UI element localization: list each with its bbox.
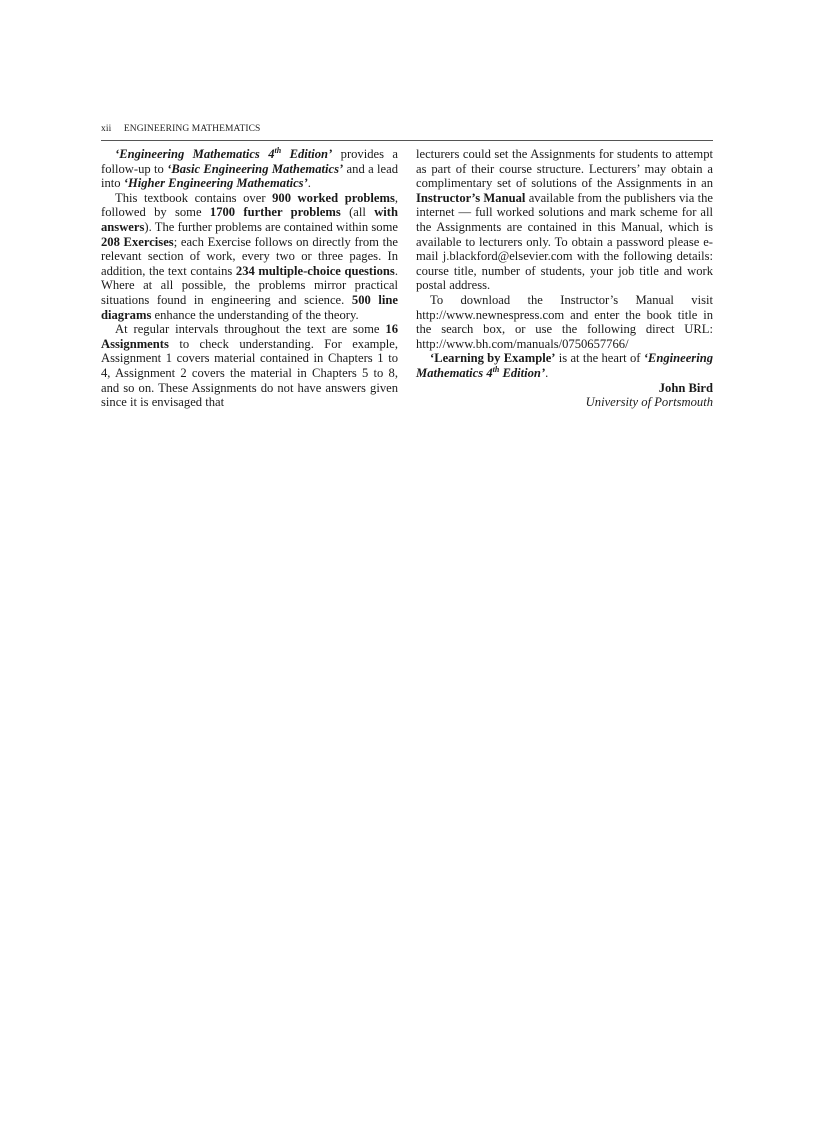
author-signature: John Bird [416, 381, 713, 396]
manual-paragraph: lecturers could set the Assignments for … [416, 147, 713, 293]
right-column: lecturers could set the Assignments for … [416, 147, 713, 410]
running-head-title: ENGINEERING MATHEMATICS [124, 124, 261, 134]
book-page: xii ENGINEERING MATHEMATICS ‘Engineering… [0, 0, 816, 1123]
text: enhance the understanding of the theory. [151, 308, 358, 322]
text: is at the heart of [556, 351, 644, 365]
page-number: xii [101, 124, 111, 134]
left-column: ‘Engineering Mathematics 4th Edition’ pr… [101, 147, 398, 410]
bold-text: 234 multiple-choice questions [236, 264, 395, 278]
book-title: ‘Engineering Mathematics 4 [115, 147, 275, 161]
bold-text: ‘Learning by Example’ [430, 351, 556, 365]
text: This textbook contains over [115, 191, 272, 205]
book-title-end: Edition’ [499, 366, 545, 380]
intro-paragraph: ‘Engineering Mathematics 4th Edition’ pr… [101, 147, 398, 191]
bold-text: 1700 further problems [210, 205, 341, 219]
assignments-paragraph: At regular intervals throughout the text… [101, 322, 398, 410]
closing-paragraph: ‘Learning by Example’ is at the heart of… [416, 351, 713, 380]
bold-text: Instructor’s Manual [416, 191, 525, 205]
text: . [545, 366, 548, 380]
bold-text: 208 Exercises [101, 235, 174, 249]
author-affiliation: University of Portsmouth [416, 395, 713, 410]
bold-text: 900 worked problems [272, 191, 395, 205]
book-title-basic: ‘Basic Engineering Mathematics’ [167, 162, 343, 176]
contents-paragraph: This textbook contains over 900 worked p… [101, 191, 398, 322]
text: available from the publishers via the in… [416, 191, 713, 293]
header-rule [101, 140, 713, 141]
book-title-end: Edition’ [281, 147, 332, 161]
text: To download the Instructor’s Manual visi… [416, 293, 713, 351]
text: At regular intervals throughout the text… [115, 322, 385, 336]
book-title-higher: ‘Higher Engineering Mathematics’ [124, 176, 308, 190]
running-head: xii ENGINEERING MATHEMATICS [101, 124, 260, 134]
text: lecturers could set the Assignments for … [416, 147, 713, 190]
download-paragraph: To download the Instructor’s Manual visi… [416, 293, 713, 351]
text: ). The further problems are contained wi… [144, 220, 398, 234]
text: (all [341, 205, 374, 219]
text: . [308, 176, 311, 190]
